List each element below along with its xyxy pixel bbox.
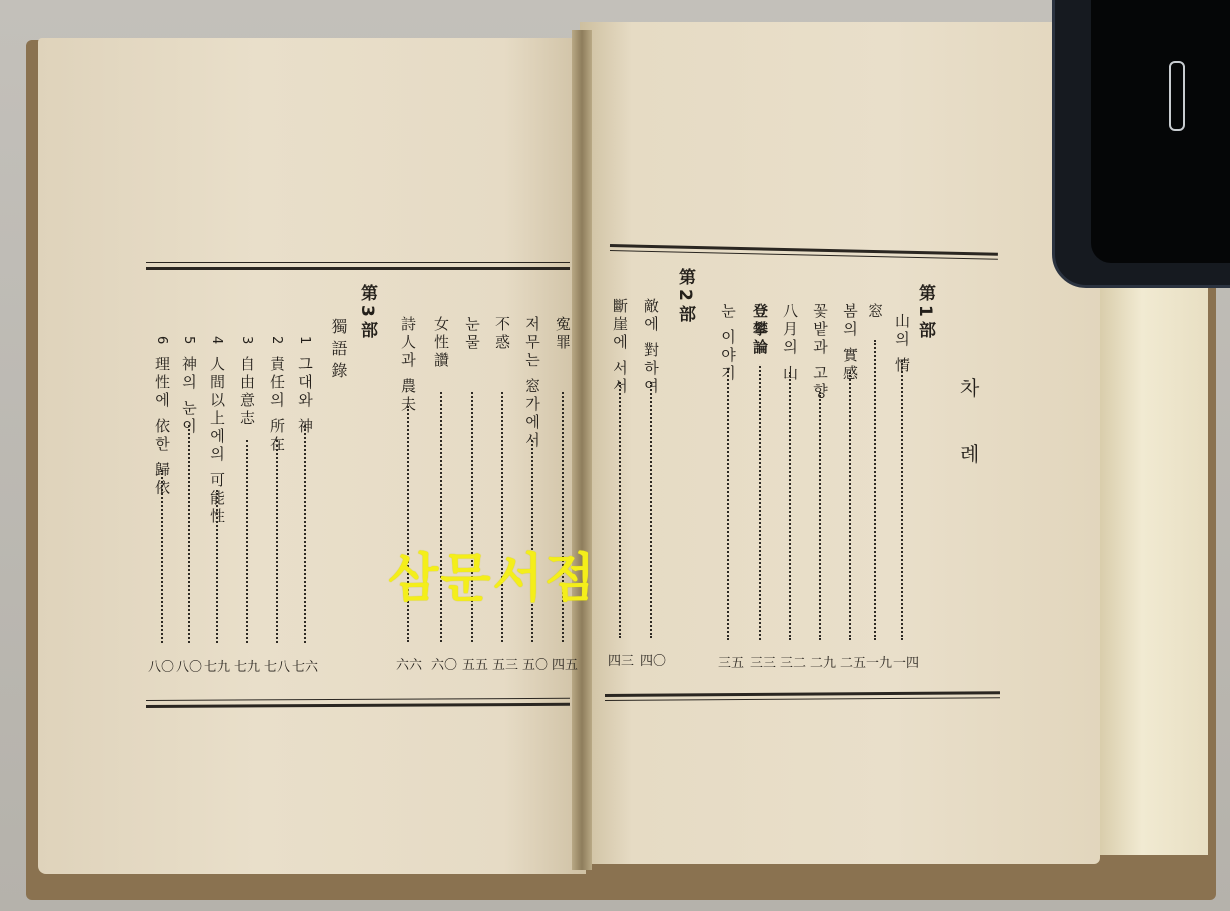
toc-entry-page: 五三 [492,654,518,673]
toc-entry-number: 4 [210,336,223,347]
top-rule-left [146,267,570,270]
toc-entry-page: 四三 [608,650,634,669]
toc-entry-title: 詩人과 農夫 [400,316,415,414]
toc-entry-page: 四〇 [640,650,666,669]
toc-entry-title: 그대와 神 [297,356,312,436]
toc-entry-page: 八〇 [148,656,174,675]
phone-speaker-icon [1169,61,1185,131]
toc-entry-number: 2 [270,336,283,347]
bookstore-watermark: 삼문서점 [388,536,597,611]
toc-entry-number: 5 [182,336,195,347]
toc-entry-title: 저무는 窓가에서 [524,316,539,450]
book-gutter [572,30,592,870]
toc-entry-page: 六〇 [431,654,457,673]
toc-entry-page: 八〇 [176,656,202,675]
left-page [38,38,586,874]
leader-dots [901,360,903,640]
toc-entry-page: 五〇 [522,654,548,673]
toc-entry-number: 3 [240,336,253,347]
toc-title-char-2: 례 [960,438,979,467]
leader-dots [619,382,621,638]
book-page-edges [1095,280,1208,855]
toc-entry-title: 自由意志 [239,356,254,428]
part-2-heading: 第2部 [676,268,693,326]
toc-entry-page: 七八 [264,656,290,675]
toc-entry-title: 女性讚 [433,316,448,370]
leader-dots [727,368,729,640]
toc-entry-title: 八月의 山 [782,303,797,383]
toc-entry-title: 窓 [867,303,882,321]
toc-entry-page: 七九 [204,656,230,675]
smartphone [1052,0,1230,288]
leader-dots [276,440,278,643]
leader-dots [216,490,218,643]
toc-entry-page: 六六 [396,654,422,673]
toc-entry-title: 神의 눈이 [181,356,196,436]
top-rule-left-thin [146,262,570,263]
toc-entry-page: 三二 [780,652,806,671]
toc-entry-number: 1 [298,336,311,347]
leader-dots [849,372,851,640]
toc-entry-title: 登攀論 [752,303,767,357]
leader-dots [188,425,190,643]
toc-entry-page: 三三 [750,652,776,671]
toc-entry-page: 二九 [810,652,836,671]
leader-dots [304,425,306,643]
toc-entry-page: 五五 [462,654,488,673]
toc-entry-page: 一四 [893,652,919,671]
leader-dots [161,470,163,643]
part-3-heading: 第3部 [358,284,375,342]
leader-dots [789,372,791,640]
toc-entry-title: 不惑 [494,316,509,352]
right-page [580,22,1100,864]
leader-dots [819,392,821,640]
toc-entry-title: 눈물 [464,316,479,352]
phone-screen [1091,0,1230,263]
toc-entry-page: 二五 [840,652,866,671]
leader-dots [246,440,248,643]
toc-entry-title: 봄의 實感 [842,303,857,383]
part-3-subtitle: 獨語錄 [330,318,346,384]
toc-entry-number: 6 [155,336,168,347]
toc-entry-page: 三五 [718,652,744,671]
leader-dots [650,382,652,638]
toc-entry-title: 寃罪 [555,316,570,352]
leader-dots [759,366,761,640]
toc-entry-page: 七九 [234,656,260,675]
toc-entry-page: 一九 [866,652,892,671]
toc-entry-page: 七六 [292,656,318,675]
part-1-heading: 第1部 [916,284,933,342]
toc-title-char-1: 차 [960,372,979,401]
toc-entry-page: 四五 [552,654,578,673]
leader-dots [874,340,876,640]
toc-entry-title: 꽃밭과 고향 [812,303,827,401]
